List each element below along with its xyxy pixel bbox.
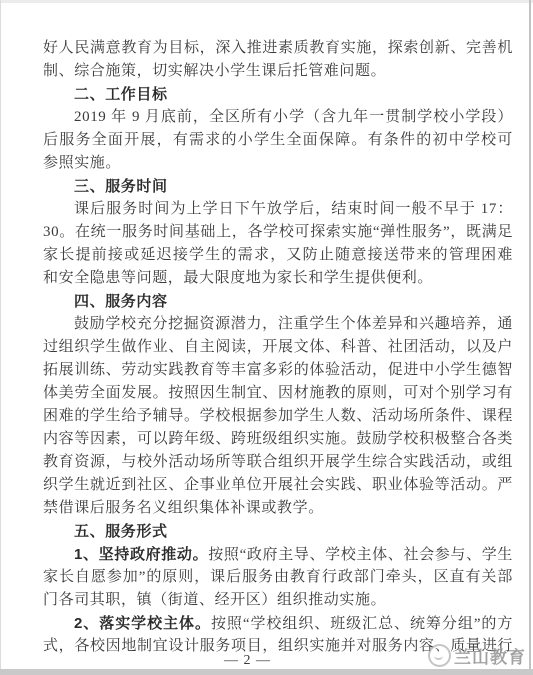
scan-edge-bottom (0, 669, 533, 675)
text-line: 制、综合施策，切实解决小学生课后托管难问题。 (43, 60, 513, 83)
text-line: 家长自愿参加”的原则，课后服务由教育行政部门牵头，区直有关部 (43, 566, 513, 589)
lanshan-circle-logo-icon (428, 644, 451, 667)
text-line: 体美劳全面发展。按照因生制宜、因材施教的原则，可对个别学习有 (43, 382, 513, 405)
text-line: 内容等因素，可以跨年级、跨班级组织实施。鼓励学校积极整合各类 (43, 428, 513, 451)
scanned-document-page: 好人民满意教育为目标，深入推进素质教育实施，探索创新、完善机制、综合施策，切实解… (0, 0, 533, 675)
text-line: 课后服务时间为上学日下午放学后，结束时间一般不早于 17： (43, 198, 513, 221)
page-number: — 2 — (0, 653, 495, 669)
bold-lead-phrase: 1、坚持政府推动。 (74, 546, 208, 563)
text-line: 拓展训练、劳动实践教育等丰富多彩的体验活动，促进中小学生德智 (43, 359, 513, 382)
text-line: 门各司其职，镇（街道、经开区）组织推动实施。 (43, 589, 513, 612)
section-heading: 五、服务形式 (43, 520, 513, 543)
scan-edge-right (529, 0, 531, 675)
text-line: 参照实施。 (43, 152, 513, 175)
text-line: 鼓励学校充分挖掘资源潜力，注重学生个体差异和兴趣培养，通 (43, 313, 513, 336)
bold-lead-phrase: 2、落实学校主体。 (74, 615, 211, 632)
text-line: 2、落实学校主体。按照“学校组织、班级汇总、统筹分组”的方 (43, 612, 513, 635)
scan-edge-top (0, 0, 533, 3)
text-line: 教育资源，与校外活动场所等联合组织开展学生综合实践活动，或组 (43, 451, 513, 474)
text-line: 1、坚持政府推动。按照“政府主导、学校主体、社会参与、学生和 (43, 543, 513, 566)
section-heading: 二、工作目标 (43, 83, 513, 106)
section-heading: 三、服务时间 (43, 175, 513, 198)
text-line: 好人民满意教育为目标，深入推进素质教育实施，探索创新、完善机 (43, 37, 513, 60)
text-line: 过组织学生做作业、自主阅读，开展文体、科普、社团活动，以及户外 (43, 336, 513, 359)
text-line: 家长提前接或延迟接学生的需求，又防止随意接送带来的管理困难 (43, 244, 513, 267)
text-line: 后服务全面开展，有需求的小学生全面保障。有条件的初中学校可 (43, 129, 513, 152)
document-body: 好人民满意教育为目标，深入推进素质教育实施，探索创新、完善机制、综合施策，切实解… (43, 37, 513, 658)
watermark-label: 兰山教育 (454, 643, 526, 668)
watermark: 兰山教育 (428, 643, 526, 668)
text-line: 困难的学生给予辅导。学校根据参加学生人数、活动场所条件、课程 (43, 405, 513, 428)
text-line: 和安全隐患等问题，最大限度地为家长和学生提供便利。 (43, 267, 513, 290)
text-line: 织学生就近到社区、企事业单位开展社会实践、职业体验等活动。严 (43, 474, 513, 497)
scan-edge-left (0, 0, 1, 675)
text-line: 2019 年 9 月底前，全区所有小学（含九年一贯制学校小学段）课 (43, 106, 513, 129)
text-line: 30。在统一服务时间基础上，各学校可探索实施“弹性服务”，既满足 (43, 221, 513, 244)
section-heading: 四、服务内容 (43, 290, 513, 313)
text-line: 禁借课后服务名义组织集体补课或教学。 (43, 497, 513, 520)
